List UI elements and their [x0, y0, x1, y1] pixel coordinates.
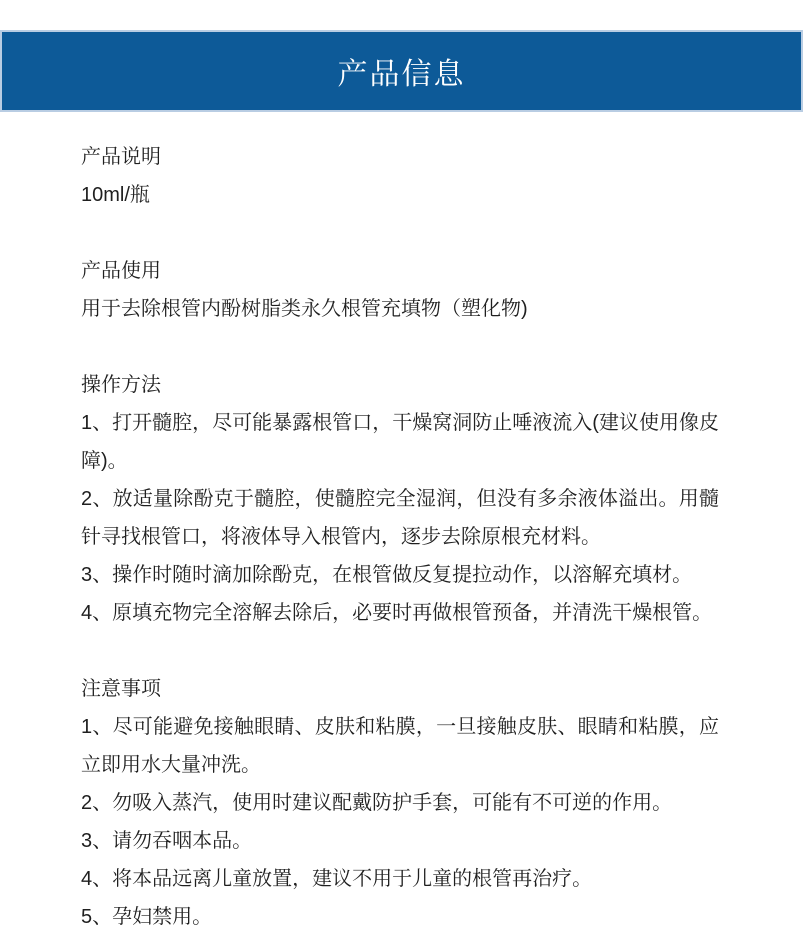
- operation-step: 3、操作时随时滴加除酚克，在根管做反复提拉动作，以溶解充填材。: [81, 556, 719, 594]
- section-paragraph: 10ml/瓶: [81, 176, 719, 214]
- page-title: 产品信息: [338, 49, 466, 93]
- section-operation-method: 操作方法 1、打开髓腔，尽可能暴露根管口，干燥窝洞防止唾液流入(建议使用像皮障)…: [81, 366, 719, 632]
- content-area: 产品说明 10ml/瓶 产品使用 用于去除根管内酚树脂类永久根管充填物（塑化物)…: [0, 112, 803, 936]
- section-title: 产品说明: [81, 138, 719, 176]
- precaution-item: 5、孕妇禁用。: [81, 898, 719, 936]
- section-title: 产品使用: [81, 252, 719, 290]
- operation-step: 4、原填充物完全溶解去除后，必要时再做根管预备，并清洗干燥根管。: [81, 594, 719, 632]
- precaution-item: 3、请勿吞咽本品。: [81, 822, 719, 860]
- section-paragraph: 用于去除根管内酚树脂类永久根管充填物（塑化物): [81, 290, 719, 328]
- section-title: 注意事项: [81, 670, 719, 708]
- precaution-item: 1、尽可能避免接触眼睛、皮肤和粘膜，一旦接触皮肤、眼睛和粘膜，应立即用水大量冲洗…: [81, 708, 719, 784]
- operation-step: 1、打开髓腔，尽可能暴露根管口，干燥窝洞防止唾液流入(建议使用像皮障)。: [81, 404, 719, 480]
- header-bar: 产品信息: [0, 30, 803, 112]
- product-info-page: 产品信息 产品说明 10ml/瓶 产品使用 用于去除根管内酚树脂类永久根管充填物…: [0, 0, 803, 946]
- section-precautions: 注意事项 1、尽可能避免接触眼睛、皮肤和粘膜，一旦接触皮肤、眼睛和粘膜，应立即用…: [81, 670, 719, 936]
- section-title: 操作方法: [81, 366, 719, 404]
- section-product-use: 产品使用 用于去除根管内酚树脂类永久根管充填物（塑化物): [81, 252, 719, 328]
- precaution-item: 4、将本品远离儿童放置，建议不用于儿童的根管再治疗。: [81, 860, 719, 898]
- operation-step: 2、放适量除酚克于髓腔，使髓腔完全湿润，但没有多余液体溢出。用髓针寻找根管口，将…: [81, 480, 719, 556]
- precaution-item: 2、勿吸入蒸汽，使用时建议配戴防护手套，可能有不可逆的作用。: [81, 784, 719, 822]
- section-product-description: 产品说明 10ml/瓶: [81, 138, 719, 214]
